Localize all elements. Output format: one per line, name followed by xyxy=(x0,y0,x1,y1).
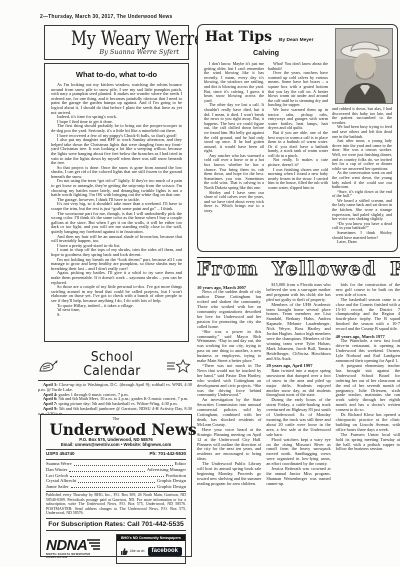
phone-number: Ph: 701-442-5530 xyxy=(149,451,186,457)
article-paragraph: The other day we lost a calf. It shouldn… xyxy=(204,103,264,154)
dotted-leader xyxy=(78,482,155,483)
masthead-box: The Underwood News P.O. Box 575, Underwo… xyxy=(40,414,192,557)
staff-row: Jamie SailerGraphic Design xyxy=(46,484,186,490)
article-paragraph: Dr. Richard Klose has opened a chiroprac… xyxy=(336,413,400,433)
school-calendar-header: School Calendar xyxy=(38,351,192,381)
article-paragraph: Later, Dean xyxy=(332,240,392,245)
article-paragraph: As I'm looking out my kitchen window, wa… xyxy=(51,83,182,115)
school-calendar-title: School Calendar xyxy=(61,351,163,379)
school-calendar-section: School Calendar April 3: Close-up trip t… xyxy=(38,351,192,417)
hat-tips-headline: Calving xyxy=(202,48,330,57)
staff-list: Suanna WerreEditorDan WinterAdvertising … xyxy=(46,461,186,489)
ndna-caption: NORTH DAKOTA NEWSPAPER ASSOCIATION xyxy=(46,554,111,559)
hat-tips-column: Hat Tips By Dean Meyer Calving I don't k… xyxy=(197,24,398,252)
article-paragraph: S. xyxy=(51,313,182,318)
article-paragraph: “She was a power in this community,” sai… xyxy=(197,330,261,364)
article-paragraph: We had been busy trying to feed and save… xyxy=(332,125,392,139)
weary-werre-world-column: My Weary Werre World By Suanna Werre Syf… xyxy=(44,25,189,342)
article-paragraph: Have your voice heard at the Strategic P… xyxy=(197,428,261,462)
divider xyxy=(46,459,186,460)
staff-role: Graphic Design xyxy=(157,484,186,490)
article-paragraph: The Farmers Union local will hold its sp… xyxy=(336,433,400,453)
masthead-title: Underwood News xyxy=(50,422,183,437)
article-paragraph: Members of the UHS Academic team brought… xyxy=(266,303,330,362)
article-paragraph: The worrisome part for me, though, is th… xyxy=(51,212,182,235)
article-paragraph: The basketball season came to a close an… xyxy=(336,298,400,332)
article-paragraph: So that project is done. Once the snow i… xyxy=(51,166,182,180)
article-headline: What to-do, what to-do xyxy=(51,70,182,79)
article-paragraph: I'm not using the term “get rid of” ligh… xyxy=(51,179,182,197)
article-paragraph: During the early hours of the storm Frid… xyxy=(266,398,330,437)
column-masthead: My Weary Werre World By Suanna Werre Syf… xyxy=(44,25,189,60)
logos-row: NDNA NORTH DAKOTA NEWSPAPER ASSOCIATION … xyxy=(46,534,186,564)
yellowed-pages-columns: 10 years ago, March 2007News of the sudd… xyxy=(197,283,400,487)
ndna-acronym: NDNA xyxy=(46,538,87,553)
dotted-leader xyxy=(74,465,173,466)
article-text: As I'm looking out my kitchen window, wa… xyxy=(51,83,182,317)
article-paragraph: But if you are able, one of the best way… xyxy=(268,131,328,159)
like-us-label: Like us on xyxy=(130,550,145,553)
hat-tips-text-col3: and rubbed it down, but alas, I had disc… xyxy=(332,107,392,248)
facebook-badge-body: Like us on facebook xyxy=(117,541,185,563)
article-paragraph: News of the sudden death of city auditor… xyxy=(197,290,261,329)
dotted-leader xyxy=(71,487,155,488)
newspaper-page: 2—Thursday, March 30, 2017, The Underwoo… xyxy=(0,0,400,567)
yellowed-col-1: 10 years ago, March 2007News of the sudd… xyxy=(197,283,261,487)
article-paragraph: “There was not much in The News that wou… xyxy=(197,364,261,398)
dotted-leader xyxy=(70,476,164,477)
article-paragraph: Again, picking my battles. I'll give it … xyxy=(51,271,182,285)
article-paragraph: Any rancher who has warmed a cold calf o… xyxy=(204,154,264,191)
article-paragraph: Shirley and I have seen our share of col… xyxy=(204,191,264,214)
article-paragraph: Over the years, ranchers have warmed up … xyxy=(268,71,328,108)
hand-pencil-icon xyxy=(38,359,58,379)
article-paragraph: $15,000 from a Florida man who believed … xyxy=(266,283,330,303)
article-paragraph: The Underwood Public Library will host i… xyxy=(197,462,261,487)
publication-fine-print: Published every Thursday by BHG, Inc., P… xyxy=(46,493,186,515)
hat-tips-text-col2: What! You don't know about the bathtub!O… xyxy=(268,62,328,248)
usps-number: USPS 454740 xyxy=(46,451,75,457)
hat-tips-text-col1: I don't know. Maybe it's just me getting… xyxy=(204,62,264,248)
article-paragraph: and rubbed it down, but alas, I had disc… xyxy=(332,107,392,125)
article-paragraph: Flood watchers kept a wary eye on the ri… xyxy=(266,438,330,467)
staff-name: Jamie Sailer xyxy=(46,484,69,490)
article-paragraph: Jessica Retterath was crowned at the ann… xyxy=(266,467,330,487)
article-paragraph: I don't know. Maybe it's just me getting… xyxy=(204,62,264,103)
divider xyxy=(46,449,186,450)
article-paragraph: bids for the construction of the new gol… xyxy=(336,283,400,298)
hat-tips-header: Hat Tips By Dean Meyer xyxy=(205,28,313,46)
dotted-leader xyxy=(69,471,145,472)
from-yellowed-pages-title: From Yellowed Pages xyxy=(197,259,400,280)
hat-tips-title: Hat Tips xyxy=(205,29,272,45)
article-body-box: What to-do, what to-do As I'm looking ou… xyxy=(44,63,189,342)
article-paragraph: We have warmed them up in tractor cabs, … xyxy=(268,108,328,131)
article-paragraph: I also put my daughter and BFF to work S… xyxy=(51,138,182,166)
article-paragraph: An investigation by the State Securities… xyxy=(197,398,261,427)
article-paragraph: The Waterhole, a new fast food drive-in … xyxy=(336,339,400,364)
article-paragraph: A pregnant elementary teacher has brough… xyxy=(336,364,400,413)
ndna-logo: NDNA NORTH DAKOTA NEWSPAPER ASSOCIATION xyxy=(46,538,111,560)
thumbs-up-icon xyxy=(120,543,128,561)
yellowed-col-3: bids for the construction of the new gol… xyxy=(336,283,400,487)
article-paragraph: I'm not holding my breath on the “look d… xyxy=(51,258,182,272)
school-calendar-list: April 3: Close-up trip to Washington, D.… xyxy=(38,383,192,417)
article-paragraph: We heard a stifled scream, and the lady … xyxy=(332,199,392,222)
usps-row: USPS 454740 Ph: 701-442-5530 xyxy=(46,451,186,457)
from-yellowed-pages-section: From Yellowed Pages 10 years ago, March … xyxy=(197,257,400,567)
article-paragraph: Rain twisted into a major spring snowsto… xyxy=(266,369,330,398)
article-paragraph: Just after noon, a young lady drove into… xyxy=(332,139,392,171)
article-paragraph: So those are a couple of my little perso… xyxy=(51,285,182,303)
columnist-photo xyxy=(335,28,393,104)
shooting-star-icon xyxy=(166,358,192,379)
facebook-badge: BHG's ND Community Newspapers Like us on… xyxy=(116,534,186,564)
facebook-wordmark: facebook xyxy=(148,547,182,556)
yellowed-col-2: $15,000 from a Florida man who believed … xyxy=(266,283,330,487)
page-folio: 2—Thursday, March 30, 2017, The Underwoo… xyxy=(40,14,172,20)
ndna-speed-lines xyxy=(87,538,101,550)
hat-tips-byline: By Dean Meyer xyxy=(279,38,313,43)
masthead-contact: Email: unnews@westriv.com • Website: bhg… xyxy=(46,442,186,447)
article-paragraph: I was finishing chores one cold morning … xyxy=(268,168,328,191)
subscription-rates-line: For Subscription Rates: Call 701-442-553… xyxy=(46,518,186,531)
divider xyxy=(46,491,186,492)
article-paragraph: As the conversation went on and the coff… xyxy=(332,171,392,189)
